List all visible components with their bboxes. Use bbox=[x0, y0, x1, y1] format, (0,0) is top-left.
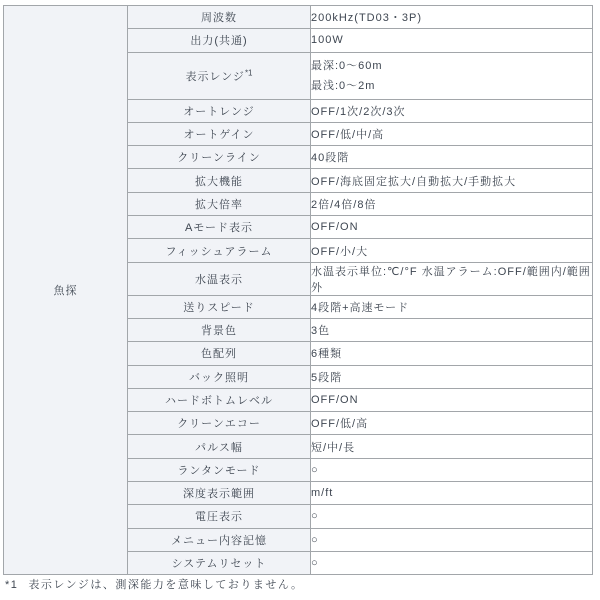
spec-label: 拡大倍率 bbox=[128, 192, 311, 215]
spec-label: パルス幅 bbox=[128, 435, 311, 458]
spec-value: ○ bbox=[311, 505, 593, 528]
spec-value: 短/中/長 bbox=[311, 435, 593, 458]
spec-value: OFF/海底固定拡大/自動拡大/手動拡大 bbox=[311, 169, 593, 192]
footnote-marker: *1 bbox=[5, 579, 18, 591]
spec-value: OFF/低/高 bbox=[311, 412, 593, 435]
spec-label: ハードボトムレベル bbox=[128, 388, 311, 411]
spec-value: 2倍/4倍/8倍 bbox=[311, 192, 593, 215]
spec-value: 最深:0〜60m 最浅:0〜2m bbox=[311, 52, 593, 99]
spec-value: 6種類 bbox=[311, 342, 593, 365]
spec-value: 200kHz(TD03・3P) bbox=[311, 6, 593, 29]
spec-value: OFF/1次/2次/3次 bbox=[311, 99, 593, 122]
spec-label: オートゲイン bbox=[128, 122, 311, 145]
table-row: 魚探 周波数 200kHz(TD03・3P) bbox=[4, 6, 593, 29]
spec-value: OFF/小/大 bbox=[311, 239, 593, 262]
spec-label: フィッシュアラーム bbox=[128, 239, 311, 262]
spec-label: 出力(共通) bbox=[128, 29, 311, 52]
spec-label: メニュー内容記憶 bbox=[128, 528, 311, 551]
spec-label: 電圧表示 bbox=[128, 505, 311, 528]
footnote-text: 表示レンジは、測深能力を意味しておりません。 bbox=[28, 579, 303, 591]
spec-label: 色配列 bbox=[128, 342, 311, 365]
spec-value: OFF/低/中/高 bbox=[311, 122, 593, 145]
spec-value: 5段階 bbox=[311, 365, 593, 388]
spec-value: OFF/ON bbox=[311, 216, 593, 239]
spec-label: クリーンエコー bbox=[128, 412, 311, 435]
spec-label: クリーンライン bbox=[128, 146, 311, 169]
spec-label: ランタンモード bbox=[128, 458, 311, 481]
footnote-ref: *1 bbox=[245, 68, 253, 77]
spec-value: OFF/ON bbox=[311, 388, 593, 411]
spec-value: 100W bbox=[311, 29, 593, 52]
spec-value: 水温表示単位:℃/°F 水温アラーム:OFF/範囲内/範囲外 bbox=[311, 262, 593, 295]
spec-label: 背景色 bbox=[128, 318, 311, 341]
group-label-cell: 魚探 bbox=[4, 6, 128, 575]
spec-value: 4段階+高速モード bbox=[311, 295, 593, 318]
spec-value-line: 最深:0〜60m bbox=[311, 56, 592, 76]
spec-value: 3色 bbox=[311, 318, 593, 341]
spec-label: 送りスピード bbox=[128, 295, 311, 318]
spec-label: バック照明 bbox=[128, 365, 311, 388]
spec-value: ○ bbox=[311, 458, 593, 481]
spec-value: m/ft bbox=[311, 482, 593, 505]
spec-label-text: 表示レンジ bbox=[185, 71, 244, 83]
spec-value: ○ bbox=[311, 528, 593, 551]
spec-value: 40段階 bbox=[311, 146, 593, 169]
spec-label: 周波数 bbox=[128, 6, 311, 29]
spec-label: システムリセット bbox=[128, 551, 311, 574]
spec-label: 水温表示 bbox=[128, 262, 311, 295]
footnote: *1表示レンジは、測深能力を意味しておりません。 bbox=[5, 576, 304, 592]
spec-label: Aモード表示 bbox=[128, 216, 311, 239]
spec-page: 魚探 周波数 200kHz(TD03・3P) 出力(共通) 100W 表示レンジ… bbox=[0, 0, 600, 600]
spec-label: 拡大機能 bbox=[128, 169, 311, 192]
spec-label: 表示レンジ*1 bbox=[128, 52, 311, 99]
spec-label: 深度表示範囲 bbox=[128, 482, 311, 505]
spec-table: 魚探 周波数 200kHz(TD03・3P) 出力(共通) 100W 表示レンジ… bbox=[3, 5, 593, 575]
spec-value-line: 最浅:0〜2m bbox=[311, 76, 592, 96]
spec-label: オートレンジ bbox=[128, 99, 311, 122]
spec-value: ○ bbox=[311, 551, 593, 574]
